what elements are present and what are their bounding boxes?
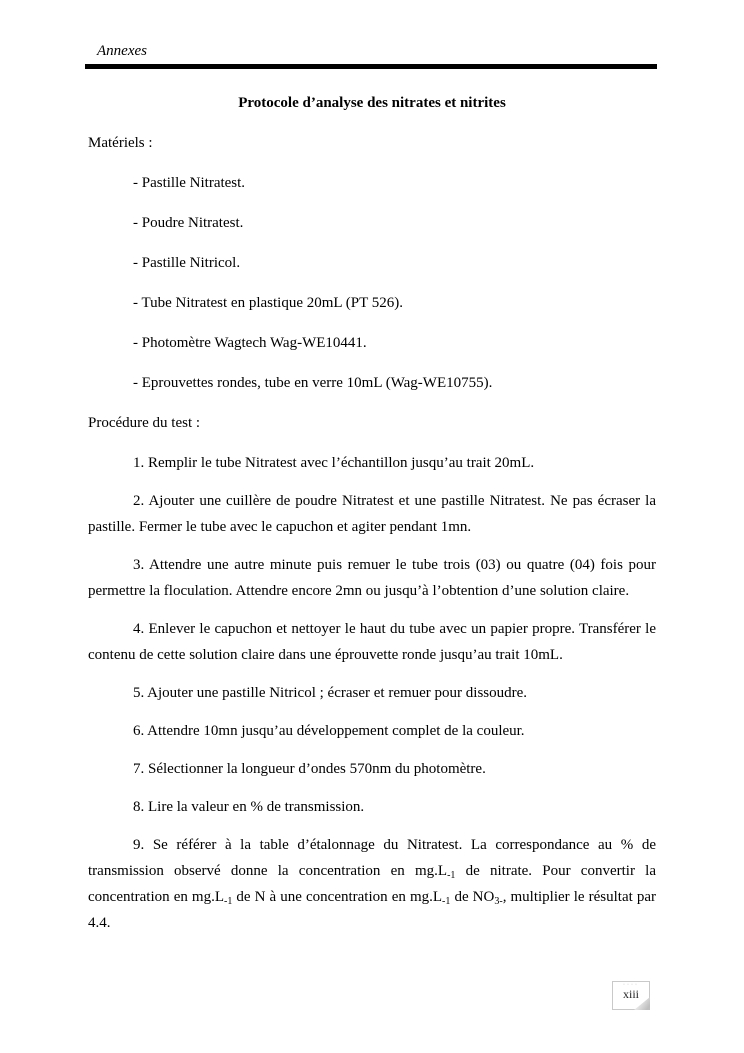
procedure-step: 4. Enlever le capuchon et nettoyer le ha… (88, 616, 656, 668)
material-item: - Poudre Nitratest. (88, 210, 656, 236)
procedure-heading: Procédure du test : (88, 410, 656, 436)
subscript-text: -1 (447, 870, 455, 881)
subscript-text: -1 (442, 896, 450, 907)
materials-list: - Pastille Nitratest.- Poudre Nitratest.… (88, 170, 656, 396)
procedure-step: 1. Remplir le tube Nitratest avec l’écha… (88, 450, 656, 476)
document-body: Protocole d’analyse des nitrates et nitr… (88, 90, 656, 948)
material-item: - Tube Nitratest en plastique 20mL (PT 5… (88, 290, 656, 316)
materials-heading: Matériels : (88, 130, 656, 156)
material-item: - Photomètre Wagtech Wag-WE10441. (88, 330, 656, 356)
document-page: Annexes Protocole d’analyse des nitrates… (0, 0, 744, 1053)
material-item: - Eprouvettes rondes, tube en verre 10mL… (88, 370, 656, 396)
page-header: Annexes (85, 42, 657, 69)
page-number-box: ···· xiii (612, 981, 650, 1010)
header-annexes-label: Annexes (85, 42, 657, 60)
page-title: Protocole d’analyse des nitrates et nitr… (88, 90, 656, 116)
procedure-step: 6. Attendre 10mn jusqu’au développement … (88, 718, 656, 744)
procedure-step: 3. Attendre une autre minute puis remuer… (88, 552, 656, 604)
material-item: - Pastille Nitricol. (88, 250, 656, 276)
procedure-step: 5. Ajouter une pastille Nitricol ; écras… (88, 680, 656, 706)
procedure-step: 2. Ajouter une cuillère de poudre Nitrat… (88, 488, 656, 540)
subscript-text: 3- (494, 896, 502, 907)
subscript-text: -1 (224, 896, 232, 907)
procedure-step: 7. Sélectionner la longueur d’ondes 570n… (88, 756, 656, 782)
procedure-step: 8. Lire la valeur en % de transmission. (88, 794, 656, 820)
page-number: xiii (613, 988, 649, 1001)
procedure-step: 9. Se référer à la table d’étalonnage du… (88, 832, 656, 936)
header-rule (85, 64, 657, 69)
material-item: - Pastille Nitratest. (88, 170, 656, 196)
procedure-steps: 1. Remplir le tube Nitratest avec l’écha… (88, 450, 656, 936)
